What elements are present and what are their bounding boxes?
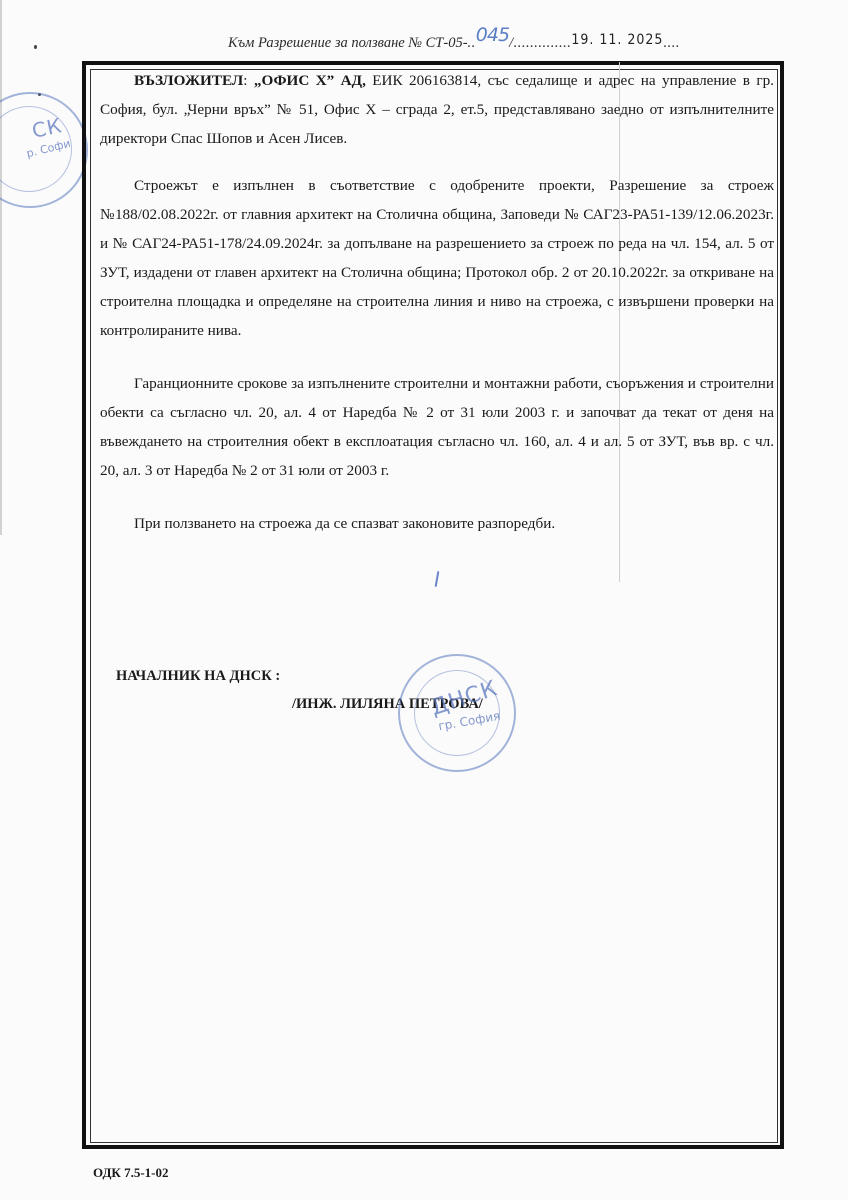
official-stamp: ДНСК гр. София	[398, 654, 516, 772]
handwritten-permit-number: 045	[476, 24, 509, 46]
document-body: ВЪЗЛОЖИТЕЛ: „ОФИС X” АД, ЕИК 206163814, …	[100, 66, 774, 538]
signature-title: НАЧАЛНИК НА ДНСК :	[116, 668, 280, 685]
document-code: ОДК 7.5-1-02	[93, 1165, 169, 1181]
header-dots: ....	[663, 35, 680, 51]
paragraph-construction: Строежът е изпълнен в съответствие с одо…	[100, 171, 774, 345]
header-dots: /.......	[509, 35, 542, 51]
assignor-company: „ОФИС X” АД,	[254, 72, 366, 89]
paragraph-usage: При ползването на строежа да се спазват …	[100, 509, 774, 538]
header-dots: ..	[468, 35, 476, 51]
header-prefix: Към Разрешение за ползване № СТ-05-	[228, 35, 468, 51]
assignor-label: ВЪЗЛОЖИТЕЛ	[134, 72, 243, 89]
scan-edge-line	[0, 0, 2, 535]
paragraph-warranty: Гаранционните срокове за изпълнените стр…	[100, 369, 774, 485]
header-dots: .......	[542, 35, 571, 51]
header-date: 19. 11. 2025	[571, 32, 663, 48]
document-header: Към Разрешение за ползване № СТ-05-..045…	[228, 30, 680, 52]
paragraph-assignor: ВЪЗЛОЖИТЕЛ: „ОФИС X” АД, ЕИК 206163814, …	[100, 66, 774, 153]
partial-stamp: СК р. Софи	[0, 92, 88, 208]
scan-speck	[34, 45, 37, 49]
